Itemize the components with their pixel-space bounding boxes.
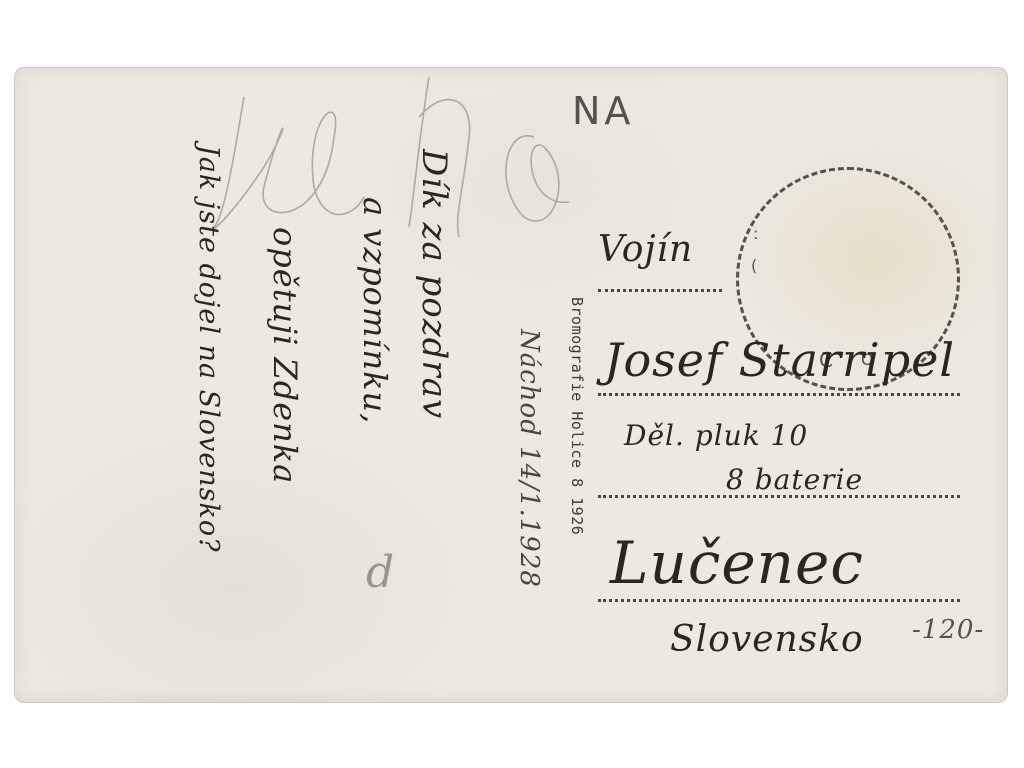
message-line-4: Jak jste dojel na Slovensko? bbox=[193, 145, 224, 553]
postcard: NA Dík za pozdrav a vzpomínku, opětuji Z… bbox=[14, 67, 1008, 703]
address-line-rank: Vojín bbox=[598, 229, 693, 270]
message-line-1: Dík za pozdrav bbox=[414, 149, 454, 419]
message-line-2: a vzpomínku, bbox=[356, 197, 394, 424]
address-dotted-line bbox=[598, 289, 722, 292]
postmark-letter: ( bbox=[751, 256, 757, 275]
message-line-3: opětuji Zdenka bbox=[266, 227, 304, 484]
printer-imprint: Bromografie Holice 8 1926 bbox=[568, 297, 586, 535]
address-line-name: Josef Starripel bbox=[604, 333, 955, 387]
address-line-country: Slovensko bbox=[670, 619, 864, 660]
address-dotted-line bbox=[598, 495, 960, 498]
postmark-letter: : bbox=[753, 224, 758, 243]
address-line-city: Lučenec bbox=[610, 529, 864, 597]
pencil-mark-d: d bbox=[366, 547, 395, 598]
place-date: Náchod 14/1.1928 bbox=[514, 329, 544, 588]
pencil-price-mark: -120- bbox=[912, 615, 984, 645]
address-dotted-line bbox=[598, 393, 960, 396]
address-dotted-line bbox=[598, 599, 960, 602]
pencil-scribble-icon bbox=[204, 77, 604, 277]
pencil-mark-na: NA bbox=[572, 89, 634, 133]
address-line-battery: 8 baterie bbox=[726, 463, 863, 496]
page: NA Dík za pozdrav a vzpomínku, opětuji Z… bbox=[0, 0, 1024, 768]
address-line-unit: Děl. pluk 10 bbox=[624, 419, 808, 452]
